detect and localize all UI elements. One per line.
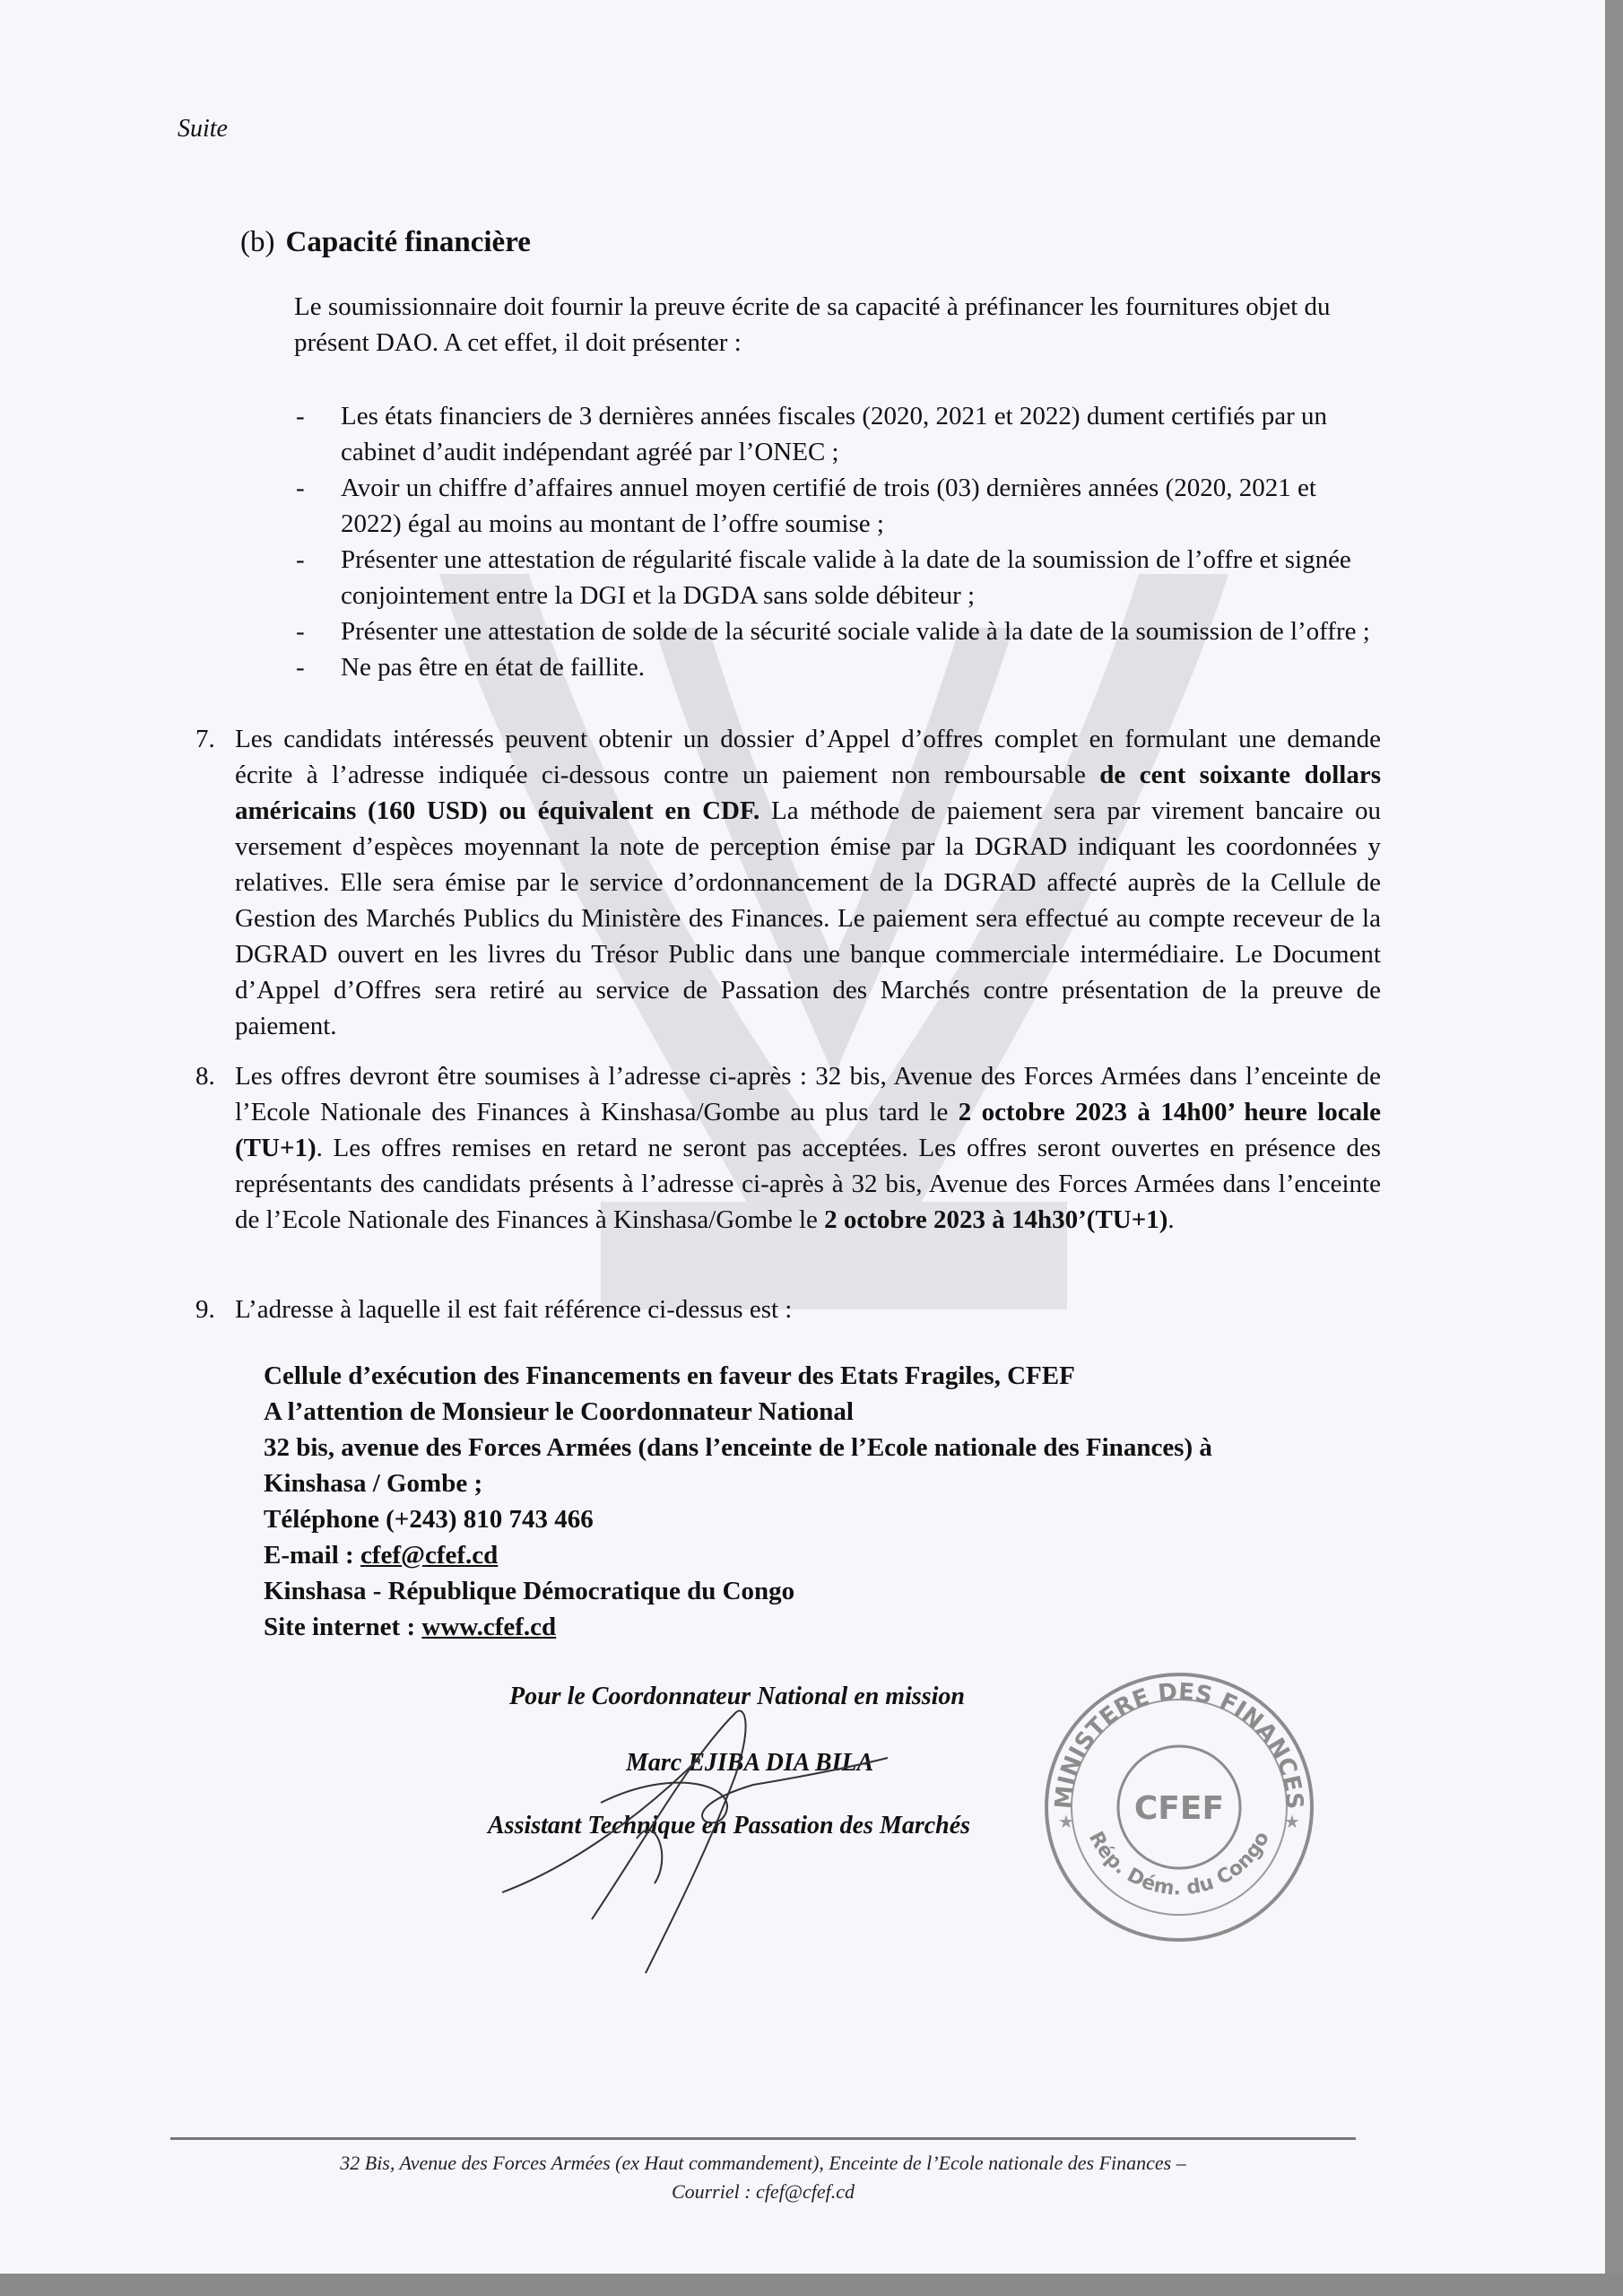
- email-link[interactable]: cfef@cfef.cd: [360, 1541, 498, 1570]
- address-phone: Téléphone (+243) 810 743 466: [264, 1501, 1384, 1537]
- footer-address: 32 Bis, Avenue des Forces Armées (ex Hau…: [170, 2149, 1356, 2178]
- website-link[interactable]: www.cfef.cd: [421, 1613, 556, 1641]
- address-city: Kinshasa / Gombe ;: [264, 1465, 1384, 1501]
- official-stamp-icon: MINISTERE DES FINANCES Rép. Dém. du Cong…: [1040, 1668, 1318, 1946]
- handwritten-signature-icon: [466, 1704, 968, 1991]
- svg-text:★: ★: [1284, 1813, 1300, 1832]
- footer-email: Courriel : cfef@cfef.cd: [170, 2178, 1356, 2206]
- paragraph-text: La méthode de paiement sera par virement…: [235, 796, 1381, 1040]
- paragraph-number: 7.: [195, 721, 215, 757]
- scan-edge: [0, 2274, 1623, 2296]
- paragraph-8: 8. Les offres devront être soumises à l’…: [195, 1058, 1381, 1238]
- footer: 32 Bis, Avenue des Forces Armées (ex Hau…: [170, 2149, 1356, 2206]
- list-item: Ne pas être en état de faillite.: [285, 649, 1381, 685]
- section-title: (b)Capacité financière: [240, 226, 531, 259]
- list-item: Les états financiers de 3 dernières anné…: [285, 398, 1381, 470]
- requirements-list: Les états financiers de 3 dernières anné…: [285, 398, 1381, 685]
- opening-date: 2 octobre 2023 à 14h30’(TU+1): [824, 1205, 1167, 1234]
- section-heading: Capacité financière: [285, 226, 530, 258]
- address-country: Kinshasa - République Démocratique du Co…: [264, 1573, 1384, 1609]
- section-intro: Le soumissionnaire doit fournir la preuv…: [294, 289, 1379, 361]
- svg-text:Rép. Dém. du Congo: Rép. Dém. du Congo: [1084, 1828, 1274, 1900]
- section-label: (b): [240, 226, 274, 258]
- paragraph-text: L’adresse à laquelle il est fait référen…: [235, 1291, 1381, 1327]
- scan-edge: [1605, 0, 1623, 2296]
- address-org: Cellule d’exécution des Financements en …: [264, 1358, 1384, 1394]
- svg-text:CFEF: CFEF: [1134, 1790, 1224, 1827]
- contact-address: Cellule d’exécution des Financements en …: [264, 1358, 1384, 1645]
- list-item: Présenter une attestation de régularité …: [285, 542, 1381, 613]
- paragraph-9: 9. L’adresse à laquelle il est fait réfé…: [195, 1291, 1381, 1327]
- address-attention: A l’attention de Monsieur le Coordonnate…: [264, 1394, 1384, 1430]
- continuation-label: Suite: [178, 115, 228, 143]
- website-label: Site internet :: [264, 1613, 421, 1641]
- email-label: E-mail :: [264, 1541, 360, 1570]
- paragraph-7: 7. Les candidats intéressés peuvent obte…: [195, 721, 1381, 1044]
- address-street: 32 bis, avenue des Forces Armées (dans l…: [264, 1430, 1384, 1465]
- document-page: Suite (b)Capacité financière Le soumissi…: [0, 0, 1605, 2274]
- paragraph-number: 9.: [195, 1291, 215, 1327]
- paragraph-text: .: [1167, 1205, 1174, 1234]
- list-item: Présenter une attestation de solde de la…: [285, 613, 1381, 649]
- paragraph-number: 8.: [195, 1058, 215, 1094]
- svg-text:★: ★: [1058, 1813, 1074, 1832]
- list-item: Avoir un chiffre d’affaires annuel moyen…: [285, 470, 1381, 542]
- paragraph-text: . Les offres remises en retard ne seront…: [235, 1134, 1381, 1234]
- footer-divider: [170, 2137, 1356, 2140]
